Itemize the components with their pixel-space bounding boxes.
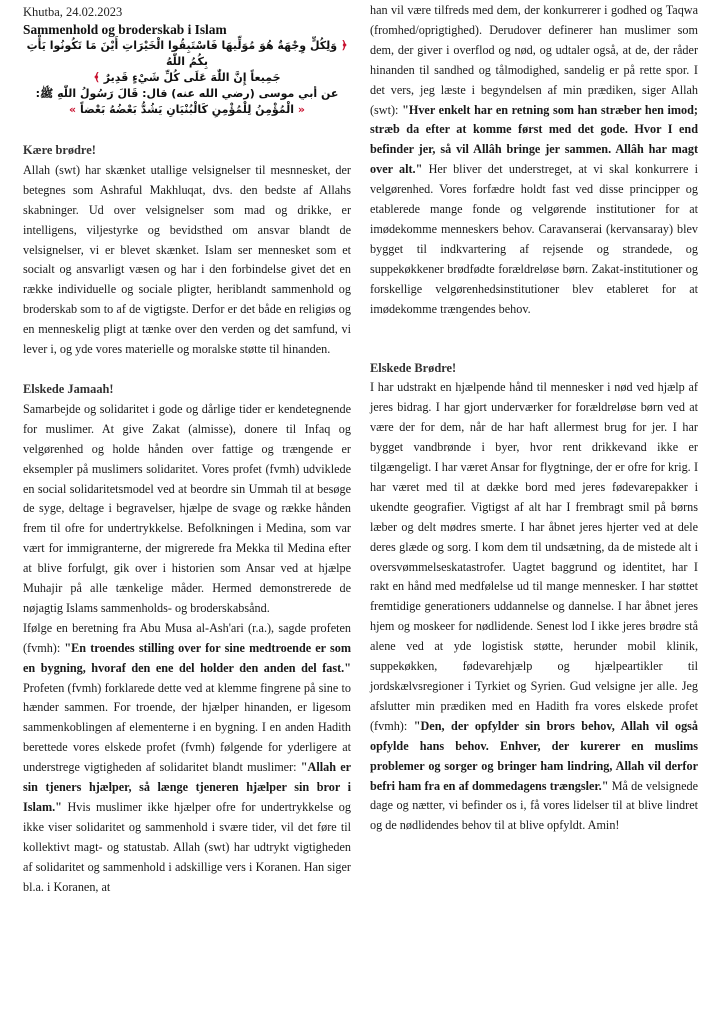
section-body-2-continued: han vil være tilfreds med dem, der konku… xyxy=(370,1,698,320)
section-body-2-hadith: Ifølge en beretning fra Abu Musa al-Ash'… xyxy=(23,619,351,898)
khutba-date: Khutba, 24.02.2023 xyxy=(23,4,351,20)
hadith-close-quote: » xyxy=(69,103,76,116)
page-title: Sammenhold og broderskab i Islam xyxy=(23,21,351,38)
section-body-3: I har udstrakt en hjælpende hånd til men… xyxy=(370,378,698,836)
quran-verse: ﴿ وَلِكُلٍّ وِجْهَةٌ هُوَ مُوَلِّيهَا فَ… xyxy=(23,38,351,70)
body-text-continued: Hvis muslimer ikke hjælper ofre for unde… xyxy=(23,800,351,894)
verse-line-1: وَلِكُلٍّ وِجْهَةٌ هُوَ مُوَلِّيهَا فَاس… xyxy=(27,39,338,68)
quran-verse-cont: جَمِيعاً إِنَّ اللّٰهَ عَلَى كُلِّ شَيْء… xyxy=(23,70,351,86)
section-heading-elskede-jamaah: Elskede Jamaah! xyxy=(23,380,351,400)
hadith-narration: عن أبي موسى (رضي الله عنه) قال: قَالَ رَ… xyxy=(23,86,351,102)
hadith-arabic: « الْمُؤْمِنُ لِلْمُؤْمِنِ كَالْبُنْيَان… xyxy=(23,102,351,118)
hadith-open-quote: « xyxy=(298,103,305,116)
hadith-text: الْمُؤْمِنُ لِلْمُؤْمِنِ كَالْبُنْيَانِ … xyxy=(80,103,294,116)
body-text: I har udstrakt en hjælpende hånd til men… xyxy=(370,380,698,732)
section-body-2: Samarbejde og solidaritet i gode og dårl… xyxy=(23,400,351,619)
verse-line-2: جَمِيعاً إِنَّ اللّٰهَ عَلَى كُلِّ شَيْء… xyxy=(104,71,281,84)
hadith-quote-1: "En troendes stilling over for sine medt… xyxy=(23,641,351,675)
body-text: han vil være tilfreds med dem, der konku… xyxy=(370,3,698,117)
verse-close-bracket: ﴾ xyxy=(93,71,99,84)
section-heading-elskede-brodre: Elskede Brødre! xyxy=(370,359,698,379)
left-column: Khutba, 24.02.2023 Sammenhold og broders… xyxy=(23,0,351,898)
body-text: Her bliver det understreget, at vi skal … xyxy=(370,162,698,315)
verse-open-bracket: ﴿ xyxy=(341,39,347,52)
khutba-page: Khutba, 24.02.2023 Sammenhold og broders… xyxy=(0,0,724,1024)
section-body-1: Allah (swt) har skænket utallige velsign… xyxy=(23,161,351,360)
right-column: han vil være tilfreds med dem, der konku… xyxy=(370,0,698,836)
section-heading-kaere-brodre: Kære brødre! xyxy=(23,141,351,161)
